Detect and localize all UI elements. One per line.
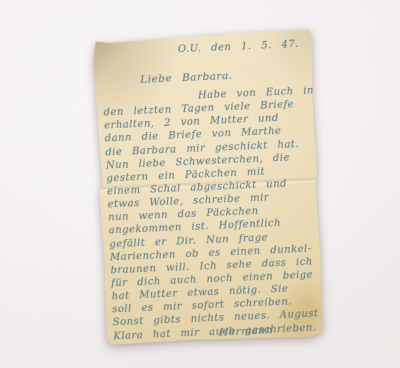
letter-signature: Hermann: [219, 324, 273, 338]
letter-paper-wrap: O.U. den 1. 5. 47. Liebe Barbara. Habe v…: [92, 29, 324, 345]
corner-crease: [92, 37, 140, 79]
letter-paper: O.U. den 1. 5. 47. Liebe Barbara. Habe v…: [92, 29, 324, 345]
photo-background: O.U. den 1. 5. 47. Liebe Barbara. Habe v…: [0, 0, 400, 368]
letter-salutation: Liebe Barbara.: [140, 70, 233, 86]
letter-dateline: O.U. den 1. 5. 47.: [178, 39, 299, 55]
letter-body: Habe von Euch in den letzten Tagen viele…: [103, 84, 321, 342]
